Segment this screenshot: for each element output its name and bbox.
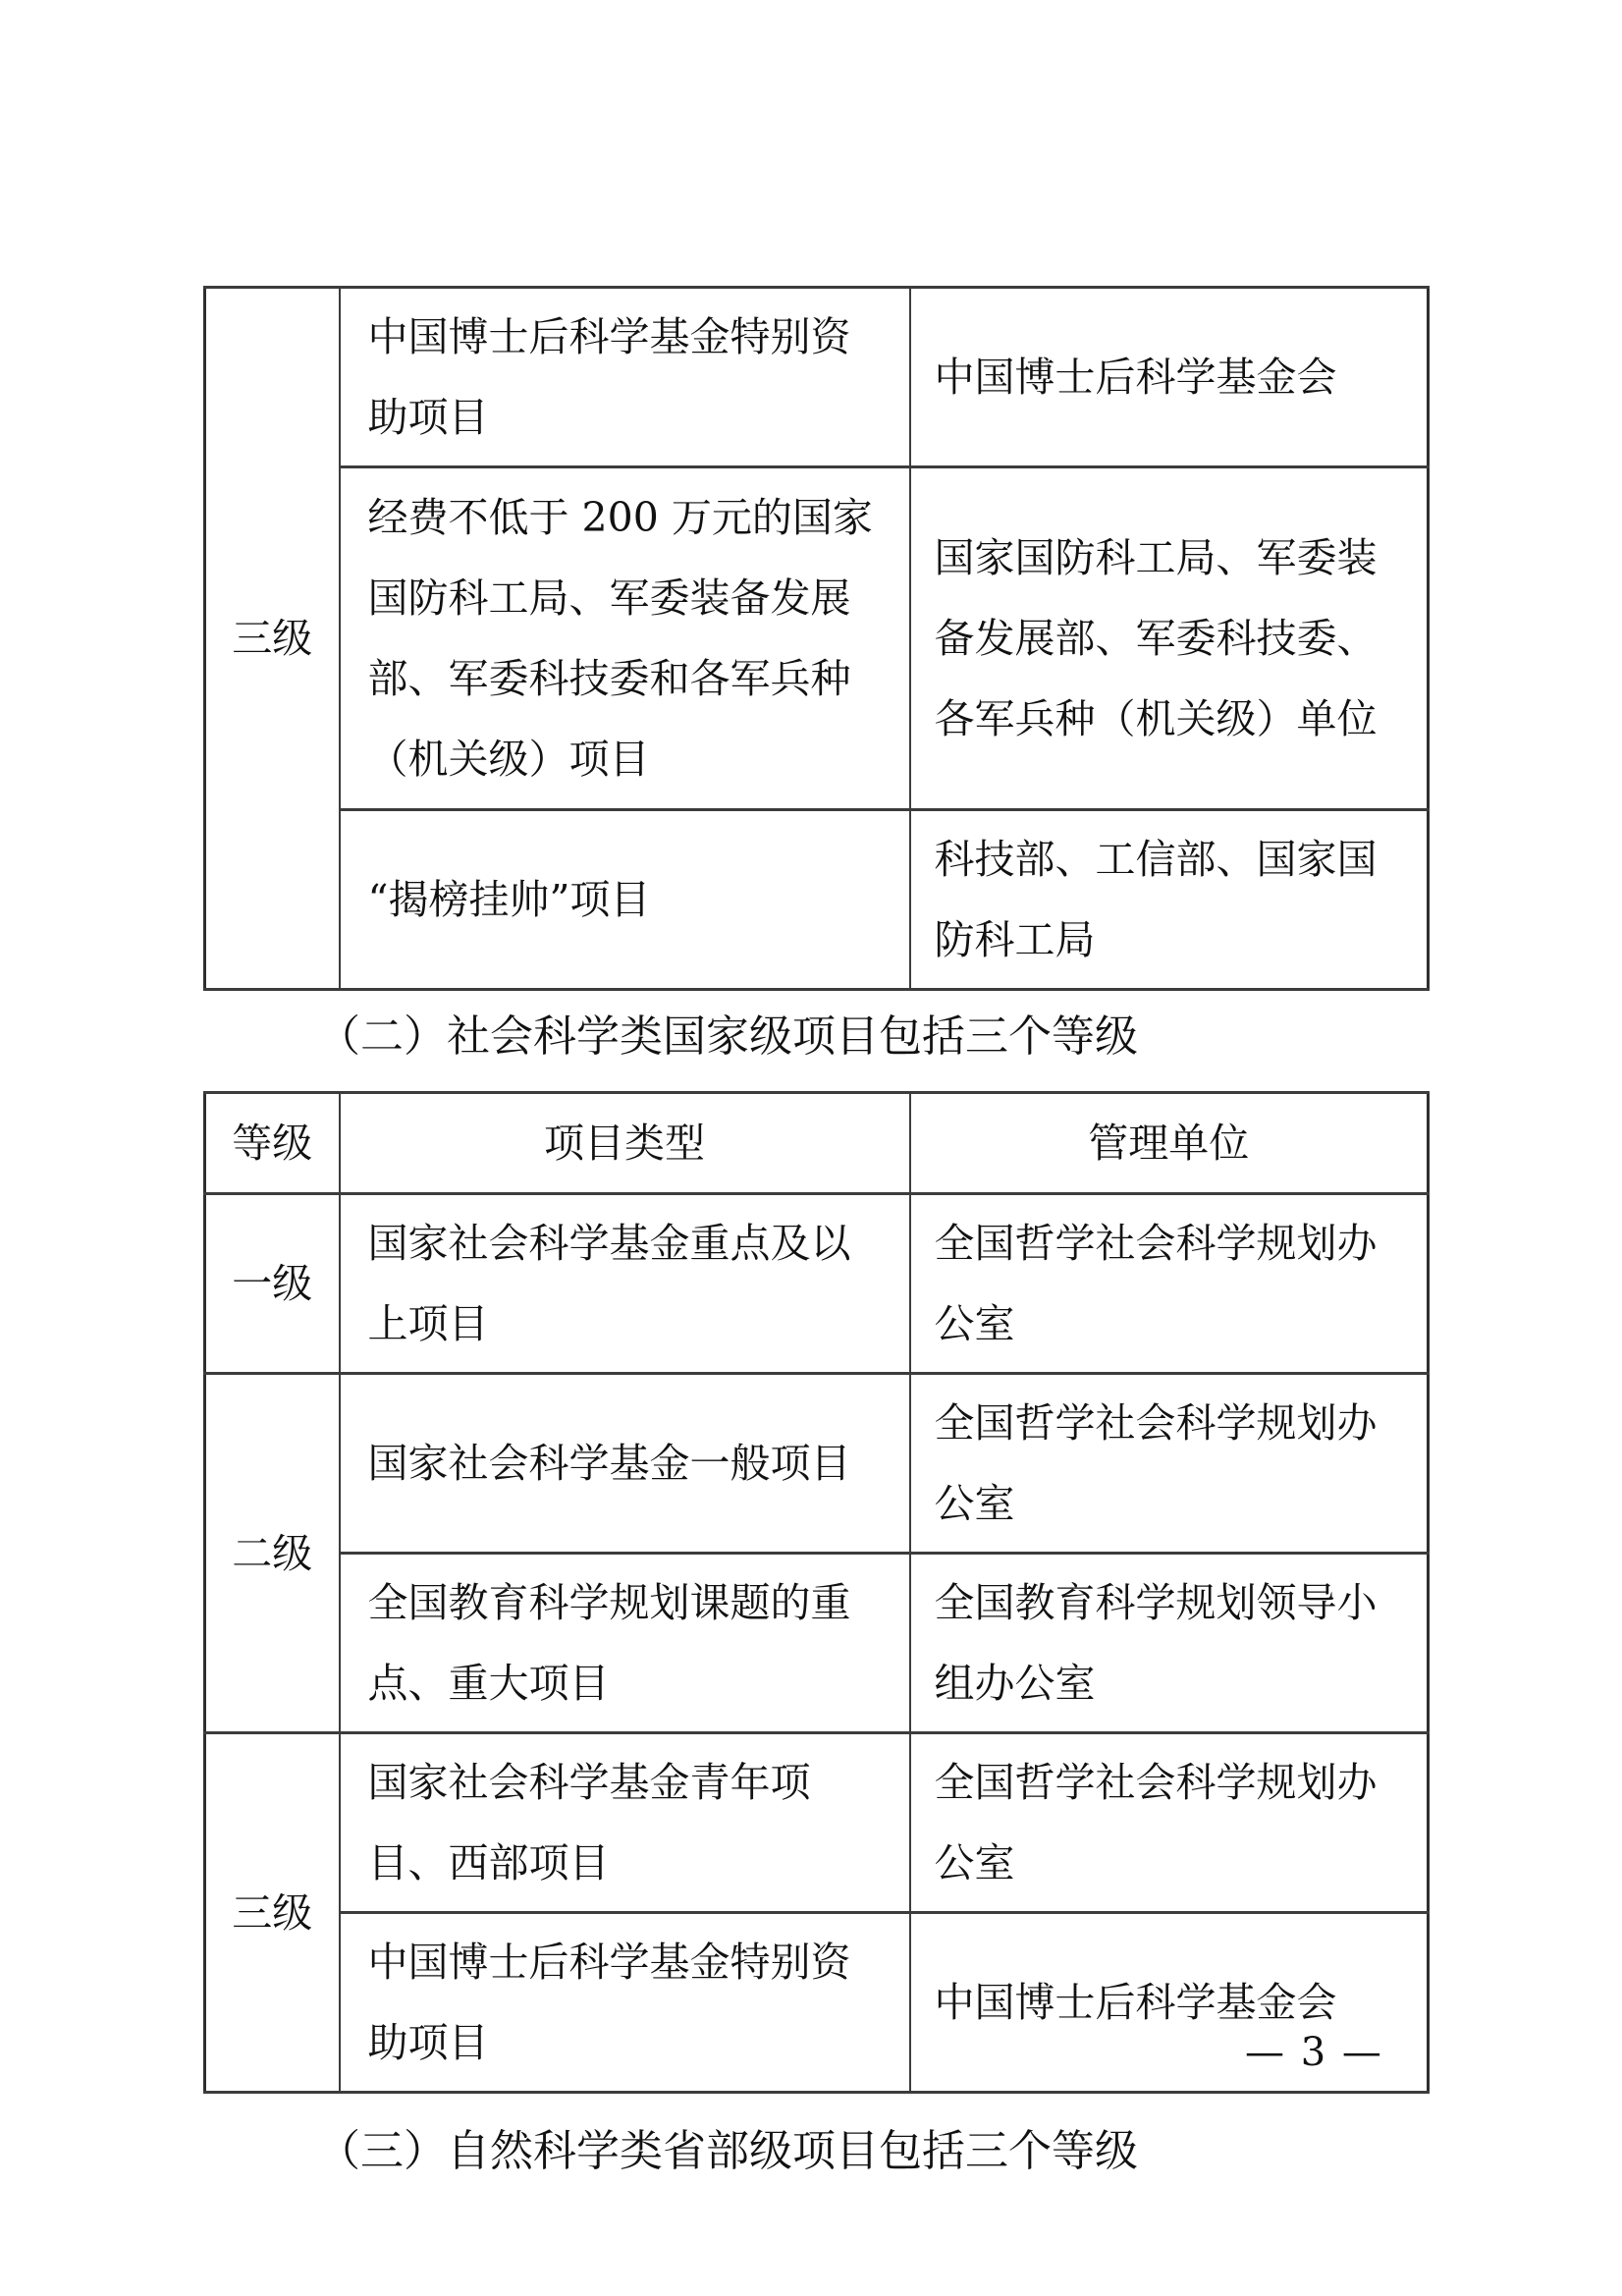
social-science-table: 等级 项目类型 管理单位 一级 国家社会科学基金重点及以上项目 全国哲学社会科学… bbox=[203, 1091, 1430, 2094]
level-cell: 二级 bbox=[205, 1374, 340, 1733]
project-type-cell: 国家社会科学基金重点及以上项目 bbox=[340, 1194, 910, 1374]
table-row: 三级 中国博士后科学基金特别资助项目 中国博士后科学基金会 bbox=[205, 288, 1429, 467]
project-type-cell: 中国博士后科学基金特别资助项目 bbox=[340, 288, 910, 467]
level-cell: 一级 bbox=[205, 1194, 340, 1374]
header-level: 等级 bbox=[205, 1093, 340, 1194]
level-cell: 三级 bbox=[205, 1733, 340, 2093]
natural-science-continuation-table: 三级 中国博士后科学基金特别资助项目 中国博士后科学基金会 经费不低于 200 … bbox=[203, 286, 1430, 991]
section-heading-natural-science-provincial: （三）自然科学类省部级项目包括三个等级 bbox=[203, 2121, 1427, 2182]
document-page: 三级 中国博士后科学基金特别资助项目 中国博士后科学基金会 经费不低于 200 … bbox=[0, 0, 1622, 2296]
table-row: 经费不低于 200 万元的国家国防科工局、军委装备发展部、军委科技委和各军兵种（… bbox=[205, 467, 1429, 810]
section-heading-social-science: （二）社会科学类国家级项目包括三个等级 bbox=[203, 1007, 1427, 1067]
managing-unit-cell: 中国博士后科学基金会 bbox=[910, 288, 1429, 467]
project-type-cell: “揭榜挂帅”项目 bbox=[340, 810, 910, 990]
managing-unit-cell: 全国教育科学规划领导小组办公室 bbox=[910, 1554, 1429, 1733]
project-type-cell: 中国博士后科学基金特别资助项目 bbox=[340, 1913, 910, 2093]
level-cell: 三级 bbox=[205, 288, 340, 990]
managing-unit-cell: 全国哲学社会科学规划办公室 bbox=[910, 1194, 1429, 1374]
project-type-cell: 全国教育科学规划课题的重点、重大项目 bbox=[340, 1554, 910, 1733]
header-managing-unit: 管理单位 bbox=[910, 1093, 1429, 1194]
table-row: 二级 国家社会科学基金一般项目 全国哲学社会科学规划办公室 bbox=[205, 1374, 1429, 1554]
table-row: “揭榜挂帅”项目 科技部、工信部、国家国防科工局 bbox=[205, 810, 1429, 990]
table-row: 全国教育科学规划课题的重点、重大项目 全国教育科学规划领导小组办公室 bbox=[205, 1554, 1429, 1733]
managing-unit-cell: 科技部、工信部、国家国防科工局 bbox=[910, 810, 1429, 990]
project-type-cell: 国家社会科学基金一般项目 bbox=[340, 1374, 910, 1554]
managing-unit-cell: 全国哲学社会科学规划办公室 bbox=[910, 1733, 1429, 1913]
header-project-type: 项目类型 bbox=[340, 1093, 910, 1194]
project-type-cell: 国家社会科学基金青年项目、西部项目 bbox=[340, 1733, 910, 1913]
document-content: 三级 中国博士后科学基金特别资助项目 中国博士后科学基金会 经费不低于 200 … bbox=[203, 286, 1427, 2182]
table-row: 三级 国家社会科学基金青年项目、西部项目 全国哲学社会科学规划办公室 bbox=[205, 1733, 1429, 1913]
page-number: — 3 — bbox=[1245, 2031, 1383, 2074]
table-row: 一级 国家社会科学基金重点及以上项目 全国哲学社会科学规划办公室 bbox=[205, 1194, 1429, 1374]
project-type-cell: 经费不低于 200 万元的国家国防科工局、军委装备发展部、军委科技委和各军兵种（… bbox=[340, 467, 910, 810]
table-header-row: 等级 项目类型 管理单位 bbox=[205, 1093, 1429, 1194]
managing-unit-cell: 国家国防科工局、军委装备发展部、军委科技委、各军兵种（机关级）单位 bbox=[910, 467, 1429, 810]
managing-unit-cell: 全国哲学社会科学规划办公室 bbox=[910, 1374, 1429, 1554]
